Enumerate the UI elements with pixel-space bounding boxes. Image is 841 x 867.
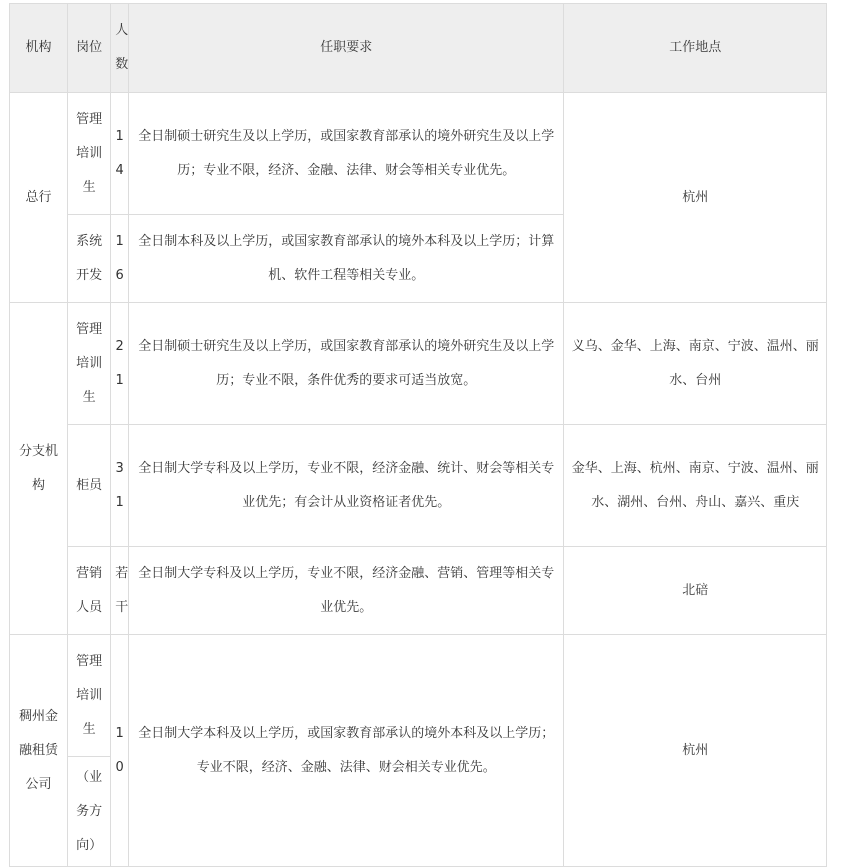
position-cell-secondary: （业务方向） bbox=[67, 757, 110, 866]
count-cell: 10 bbox=[111, 635, 129, 866]
table-row: 营销人员 若干 全日制大学专科及以上学历，专业不限，经济金融、营销、管理等相关专… bbox=[10, 547, 827, 635]
position-cell: 管理培训生 bbox=[67, 635, 110, 757]
position-cell: 管理培训生 bbox=[67, 303, 110, 425]
location-cell: 金华、上海、杭州、南京、宁波、温州、丽水、湖州、台州、舟山、嘉兴、重庆 bbox=[564, 425, 827, 547]
header-location: 工作地点 bbox=[564, 4, 827, 93]
table-row: 柜员 31 全日制大学专科及以上学历，专业不限，经济金融、统计、财会等相关专业优… bbox=[10, 425, 827, 547]
count-cell: 31 bbox=[111, 425, 129, 547]
table-row: 分支机构 管理培训生 21 全日制硕士研究生及以上学历，或国家教育部承认的境外研… bbox=[10, 303, 827, 425]
recruitment-table-container: 机构 岗位 人数 任职要求 工作地点 总行 管理培训生 14 全日制硕士研究生及… bbox=[9, 3, 827, 865]
org-cell: 稠州金融租赁公司 bbox=[10, 635, 68, 866]
requirements-cell: 全日制大学专科及以上学历，专业不限，经济金融、统计、财会等相关专业优先；有会计从… bbox=[129, 425, 564, 547]
header-position: 岗位 bbox=[67, 4, 110, 93]
position-cell: 系统开发 bbox=[67, 215, 110, 303]
table-header-row: 机构 岗位 人数 任职要求 工作地点 bbox=[10, 4, 827, 93]
count-cell: 21 bbox=[111, 303, 129, 425]
count-cell: 16 bbox=[111, 215, 129, 303]
org-cell: 分支机构 bbox=[10, 303, 68, 635]
count-cell: 14 bbox=[111, 93, 129, 215]
requirements-cell: 全日制大学专科及以上学历，专业不限，经济金融、营销、管理等相关专业优先。 bbox=[129, 547, 564, 635]
position-cell: 营销人员 bbox=[67, 547, 110, 635]
table-row: 总行 管理培训生 14 全日制硕士研究生及以上学历，或国家教育部承认的境外研究生… bbox=[10, 93, 827, 215]
requirements-cell: 全日制本科及以上学历，或国家教育部承认的境外本科及以上学历；计算机、软件工程等相… bbox=[129, 215, 564, 303]
location-cell: 杭州 bbox=[564, 635, 827, 866]
header-requirements: 任职要求 bbox=[129, 4, 564, 93]
header-count: 人数 bbox=[111, 4, 129, 93]
location-cell: 义乌、金华、上海、南京、宁波、温州、丽水、台州 bbox=[564, 303, 827, 425]
org-cell: 总行 bbox=[10, 93, 68, 303]
recruitment-table: 机构 岗位 人数 任职要求 工作地点 总行 管理培训生 14 全日制硕士研究生及… bbox=[9, 3, 827, 865]
requirements-cell: 全日制硕士研究生及以上学历，或国家教育部承认的境外研究生及以上学历；专业不限，经… bbox=[129, 93, 564, 215]
count-cell: 若干 bbox=[111, 547, 129, 635]
requirements-cell: 全日制大学本科及以上学历，或国家教育部承认的境外本科及以上学历；专业不限，经济、… bbox=[129, 635, 564, 866]
location-cell: 北碚 bbox=[564, 547, 827, 635]
header-org: 机构 bbox=[10, 4, 68, 93]
position-cell: 管理培训生 bbox=[67, 93, 110, 215]
table-row: 稠州金融租赁公司 管理培训生 10 全日制大学本科及以上学历，或国家教育部承认的… bbox=[10, 635, 827, 757]
requirements-cell: 全日制硕士研究生及以上学历，或国家教育部承认的境外研究生及以上学历；专业不限，条… bbox=[129, 303, 564, 425]
location-cell: 杭州 bbox=[564, 93, 827, 303]
position-cell: 柜员 bbox=[67, 425, 110, 547]
